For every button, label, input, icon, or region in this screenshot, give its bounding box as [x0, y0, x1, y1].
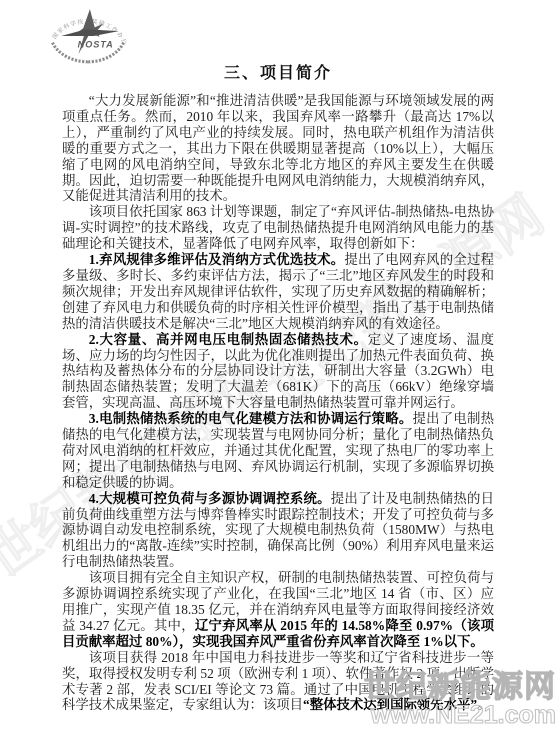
- bold-text-run: 3.电制热储热系统的电气化建模方法和协调运行策略。: [89, 411, 413, 426]
- paragraph: “大力发展新能源”和“推进清洁供暖”是我国能源与环境领域发展的两项重点任务。然而…: [62, 93, 494, 204]
- bold-text-run: 4.大规模可控负荷与多源协调调控系统。: [89, 491, 331, 506]
- bold-text-run: “整体技术达到国际领先水平”: [303, 697, 477, 712]
- document-page: 国家科学技术奖励工作办公室 NOSTA 三、项目简介 “大力发展新能源”和“推进…: [0, 0, 556, 730]
- text-run: “大力发展新能源”和“推进清洁供暖”是我国能源与环境领域发展的两项重点任务。然而…: [62, 93, 494, 203]
- text-run: 。: [477, 697, 490, 712]
- bold-text-run: 1.弃风规律多维评估及消纳方式优选技术。: [89, 252, 345, 267]
- paragraph: 1.弃风规律多维评估及消纳方式优选技术。提出了电网弃风的全过程多量级、多时长、多…: [62, 252, 494, 332]
- text-run: 该项目依托国家 863 计划等课题，制定了“弃风评估-制热储热-电热协调-实时调…: [62, 204, 494, 251]
- nosta-seal-logo: 国家科学技术奖励工作办公室 NOSTA: [40, 4, 136, 66]
- nosta-acronym: NOSTA: [78, 39, 114, 49]
- paragraph: 该项目获得 2018 年中国电力科技进步一等奖和辽宁省科技进步一等奖，取得授权发…: [62, 650, 494, 714]
- paragraphs: “大力发展新能源”和“推进清洁供暖”是我国能源与环境领域发展的两项重点任务。然而…: [62, 93, 494, 713]
- paragraph: 3.电制热储热系统的电气化建模方法和协调运行策略。提出了电制热储热的电气化建模方…: [62, 411, 494, 491]
- paragraph: 该项目拥有完全自主知识产权，研制的电制热储热装置、可控负荷与多源协调调控系统实现…: [62, 570, 494, 650]
- bold-text-run: 2.大容量、高并网电压电制热固态储热技术。: [89, 332, 368, 347]
- paragraph: 4.大规模可控负荷与多源协调调控系统。提出了计及电制热储热的日前负荷曲线重塑方法…: [62, 491, 494, 571]
- paragraph: 2.大容量、高并网电压电制热固态储热技术。定义了速度场、温度场、应力场的均匀性因…: [62, 332, 494, 412]
- paragraph: 该项目依托国家 863 计划等课题，制定了“弃风评估-制热储热-电热协调-实时调…: [62, 204, 494, 252]
